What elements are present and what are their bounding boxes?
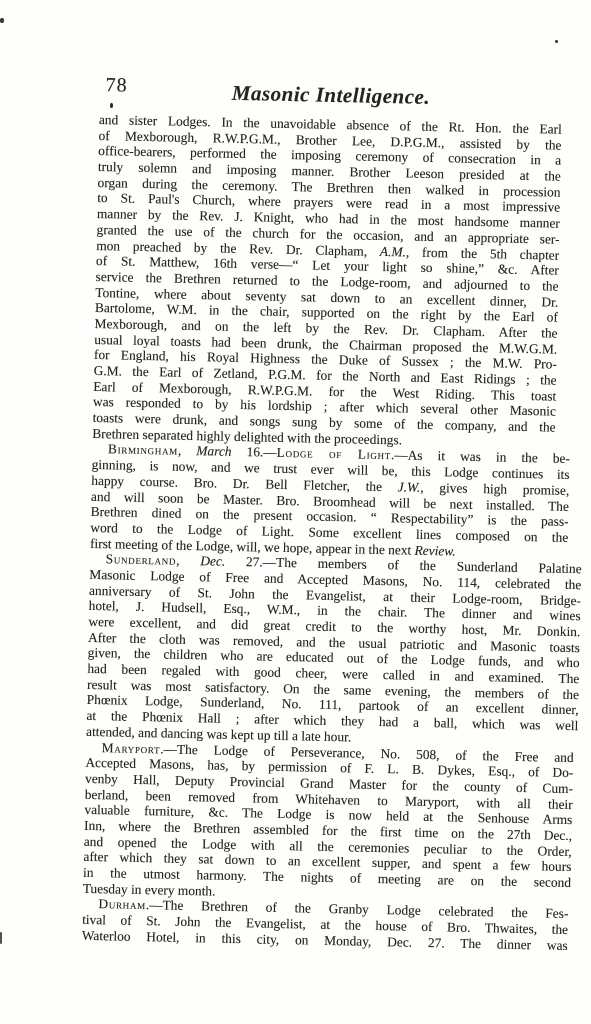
italic-text: March (196, 444, 232, 460)
page-content: 78 Masonic Intelligence. and sister Lodg… (81, 68, 591, 998)
italic-text: Review. (414, 542, 455, 558)
header-row: Masonic Intelligence. (99, 78, 562, 113)
paragraph: Birmingham, March 16.—Lodge of Light.—As… (90, 441, 584, 561)
small-caps-headword: Lodge of Light (277, 445, 392, 462)
scan-speck (0, 932, 2, 944)
paragraph: Sunderland, Dec. 27.—The members of the … (86, 551, 582, 750)
paragraph: and sister Lodges. In the unavoidable ab… (92, 112, 591, 452)
scan-speck (555, 40, 558, 43)
italic-text: A.M. (380, 243, 406, 259)
document-page: 78 Masonic Intelligence. and sister Lodg… (0, 0, 591, 1024)
scan-speck (0, 18, 4, 23)
small-caps-headword: Maryport (102, 740, 161, 756)
small-caps-headword: Sunderland (106, 551, 177, 567)
running-title: Masonic Intelligence. (232, 81, 431, 109)
text-block: and sister Lodges. In the unavoidable ab… (82, 112, 591, 954)
italic-text: Dec. (200, 553, 225, 569)
small-caps-headword: Durham (98, 897, 146, 913)
small-caps-headword: Birmingham (108, 442, 178, 458)
paragraph: Durham.—The Brethren of the Granby Lodge… (82, 896, 575, 953)
italic-text: J.W. (398, 479, 421, 494)
paragraph: Maryport.—The Lodge of Perseverance, No.… (83, 739, 578, 906)
